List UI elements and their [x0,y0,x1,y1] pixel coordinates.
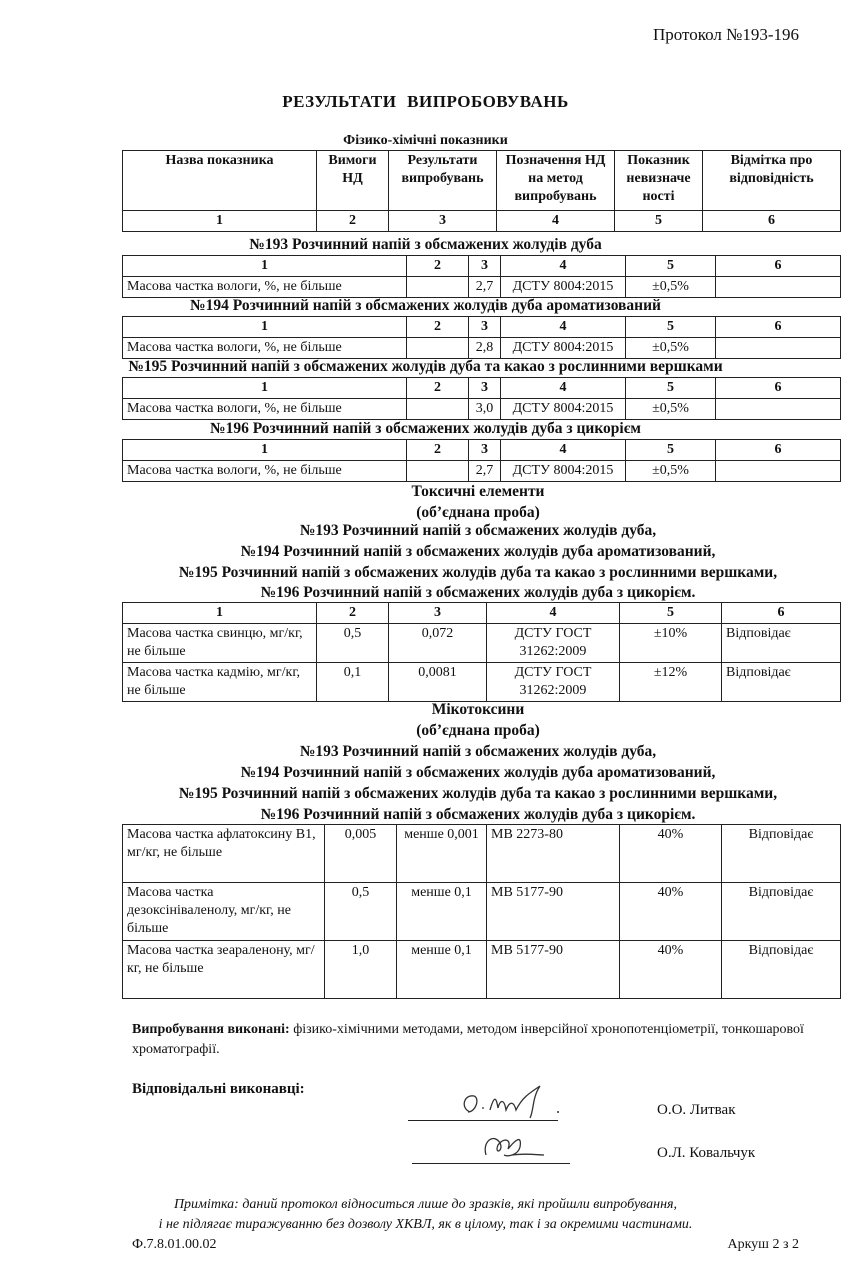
col-number: 2 [407,378,469,399]
myco-sample-line: №196 Розчинний напій з обсмажених жолуді… [118,804,838,825]
responsible-label: Відповідальні виконавці: [132,1081,305,1098]
myco-sample-line: №195 Розчинний напій з обсмажених жолуді… [118,783,838,804]
indicator-name: Масова частка вологи, %, не більше [123,277,407,298]
note: Примітка: даний протокол відноситься лиш… [0,1195,851,1235]
indicator-name: Масова частка вологи, %, не більше [123,338,407,359]
requirement [407,399,469,420]
signature-scribble-icon [408,1125,604,1167]
result: менше 0,1 [397,883,487,941]
col-number: 3 [469,317,501,338]
physchem-header-table: Назва показника Вимоги НД Результати вип… [122,150,841,232]
col-number: 5 [626,440,716,461]
method: ДСТУ 8004:2015 [501,461,626,482]
col-number: 4 [501,317,626,338]
col-number: 5 [620,603,722,624]
col-number: 4 [501,378,626,399]
col-number: 2 [407,256,469,277]
col-number: 5 [626,317,716,338]
indicator-name: Масова частка кадмію, мг/кг, не більше [123,663,317,702]
result: менше 0,001 [397,825,487,883]
indicator-name: Масова частка зеараленону, мг/кг, не біл… [123,941,325,999]
protocol-number: Протокол №193-196 [653,25,799,45]
myco-sample-line: №193 Розчинний напій з обсмажених жолуді… [118,741,838,762]
col-header-requirement: Вимоги НД [317,151,389,211]
uncertainty: 40% [620,941,722,999]
method: МВ 2273-80 [487,825,620,883]
result: 0,0081 [389,663,487,702]
sample-title: №194 Розчинний напій з обсмажених жолуді… [0,297,851,315]
table-row: Масова частка афлатоксину В1, мг/кг, не … [123,825,841,883]
col-header-result: Результати випробувань [389,151,497,211]
result: 2,8 [469,338,501,359]
result: 0,072 [389,624,487,663]
physchem-section-title: Фізико-хімічні показники [0,133,851,149]
result: менше 0,1 [397,941,487,999]
requirement: 0,005 [325,825,397,883]
table-row: Масова частка свинцю, мг/кг, не більше 0… [123,624,841,663]
col-number: 2 [407,317,469,338]
col-header-compliance: Відмітка про відповідність [703,151,841,211]
col-number: 6 [716,378,841,399]
myco-table: Масова частка афлатоксину В1, мг/кг, не … [122,824,841,999]
requirement: 0,5 [317,624,389,663]
person-name: О.Л. Ковальчук [657,1145,755,1162]
indicator-name: Масова частка дезоксініваленолу, мг/кг, … [123,883,325,941]
compliance: Відповідає [722,624,841,663]
sample-table: 123456Масова частка вологи, %, не більше… [122,439,841,482]
compliance [716,277,841,298]
col-number: 6 [716,440,841,461]
sample-title: №193 Розчинний напій з обсмажених жолуді… [0,236,851,254]
requirement [407,277,469,298]
methods-label: Випробування виконані: [132,1022,290,1037]
uncertainty: ±0,5% [626,461,716,482]
compliance [716,461,841,482]
col-number: 4 [501,440,626,461]
col-number: 5 [626,256,716,277]
col-number: 1 [123,603,317,624]
compliance: Відповідає [722,941,841,999]
col-number: 2 [407,440,469,461]
requirement [407,461,469,482]
method: МВ 5177-90 [487,941,620,999]
col-number: 5 [615,211,703,232]
result: 2,7 [469,277,501,298]
myco-section-title: Мікотоксини [118,699,838,720]
compliance: Відповідає [722,883,841,941]
note-line: Примітка: даний протокол відноситься лиш… [0,1195,851,1215]
col-number: 2 [317,211,389,232]
col-number: 1 [123,211,317,232]
toxic-sample-line: №194 Розчинний напій з обсмажених жолуді… [118,541,838,562]
sample-title: №196 Розчинний напій з обсмажених жолуді… [0,420,851,438]
col-number: 6 [716,256,841,277]
col-number: 6 [703,211,841,232]
col-number: 3 [469,378,501,399]
col-number: 3 [389,211,497,232]
myco-sample-line: №194 Розчинний напій з обсмажених жолуді… [118,762,838,783]
col-header-name: Назва показника [123,151,317,211]
requirement: 0,1 [317,663,389,702]
requirement: 1,0 [325,941,397,999]
sheet-number: Аркуш 2 з 2 [727,1237,799,1253]
col-number: 4 [487,603,620,624]
col-number: 4 [497,211,615,232]
col-number: 2 [317,603,389,624]
signature-1 [408,1082,604,1122]
col-number: 6 [722,603,841,624]
uncertainty: ±0,5% [626,277,716,298]
col-number: 6 [716,317,841,338]
uncertainty: 40% [620,883,722,941]
uncertainty: ±0,5% [626,399,716,420]
note-line: і не підлягає тиражуванню без дозволу ХК… [0,1215,851,1235]
table-row: Масова частка вологи, %, не більше2,8ДСТ… [123,338,841,359]
signature-2 [408,1125,604,1167]
table-row: Масова частка дезоксініваленолу, мг/кг, … [123,883,841,941]
signature-scribble-icon [408,1082,604,1122]
col-number: 4 [501,256,626,277]
result: 2,7 [469,461,501,482]
indicator-name: Масова частка афлатоксину В1, мг/кг, не … [123,825,325,883]
requirement [407,338,469,359]
table-row: Масова частка вологи, %, не більше3,0ДСТ… [123,399,841,420]
toxic-sample-line: №196 Розчинний напій з обсмажених жолуді… [118,582,838,603]
toxic-table: 1 2 3 4 5 6 Масова частка свинцю, мг/кг,… [122,602,841,702]
requirement: 0,5 [325,883,397,941]
table-row: Масова частка зеараленону, мг/кг, не біл… [123,941,841,999]
method: ДСТУ ГОСТ 31262:2009 [487,663,620,702]
compliance: Відповідає [722,663,841,702]
document-title: РЕЗУЛЬТАТИ ВИПРОБОВУВАНЬ [0,92,851,112]
indicator-name: Масова частка вологи, %, не більше [123,461,407,482]
uncertainty: ±10% [620,624,722,663]
method: ДСТУ 8004:2015 [501,338,626,359]
col-number: 3 [389,603,487,624]
sample-table: 123456Масова частка вологи, %, не більше… [122,377,841,420]
sample-title: №195 Розчинний напій з обсмажених жолуді… [0,358,851,376]
table-row: Масова частка кадмію, мг/кг, не більше 0… [123,663,841,702]
uncertainty: ±0,5% [626,338,716,359]
sample-table: 123456Масова частка вологи, %, не більше… [122,255,841,298]
myco-subtitle: (об’єднана проба) [118,720,838,741]
col-header-method: Позначення НД на метод випробувань [497,151,615,211]
col-number: 3 [469,440,501,461]
indicator-name: Масова частка свинцю, мг/кг, не більше [123,624,317,663]
col-number: 1 [123,440,407,461]
col-number: 1 [123,317,407,338]
col-number: 1 [123,256,407,277]
compliance: Відповідає [722,825,841,883]
table-row: Масова частка вологи, %, не більше2,7ДСТ… [123,277,841,298]
toxic-sample-line: №193 Розчинний напій з обсмажених жолуді… [118,520,838,541]
compliance [716,399,841,420]
col-number: 1 [123,378,407,399]
indicator-name: Масова частка вологи, %, не більше [123,399,407,420]
toxic-section-title: Токсичні елементи [118,481,838,502]
sample-table: 123456Масова частка вологи, %, не більше… [122,316,841,359]
methods-statement: Випробування виконані: фізико-хімічними … [132,1020,832,1060]
result: 3,0 [469,399,501,420]
uncertainty: 40% [620,825,722,883]
col-header-uncertainty: Показник невизначе ності [615,151,703,211]
form-code: Ф.7.8.01.00.02 [132,1237,217,1253]
toxic-sample-line: №195 Розчинний напій з обсмажених жолуді… [118,562,838,583]
table-row: Масова частка вологи, %, не більше2,7ДСТ… [123,461,841,482]
compliance [716,338,841,359]
col-number: 5 [626,378,716,399]
method: МВ 5177-90 [487,883,620,941]
method: ДСТУ 8004:2015 [501,277,626,298]
col-number: 3 [469,256,501,277]
uncertainty: ±12% [620,663,722,702]
method: ДСТУ ГОСТ 31262:2009 [487,624,620,663]
person-name: О.О. Литвак [657,1102,736,1119]
method: ДСТУ 8004:2015 [501,399,626,420]
